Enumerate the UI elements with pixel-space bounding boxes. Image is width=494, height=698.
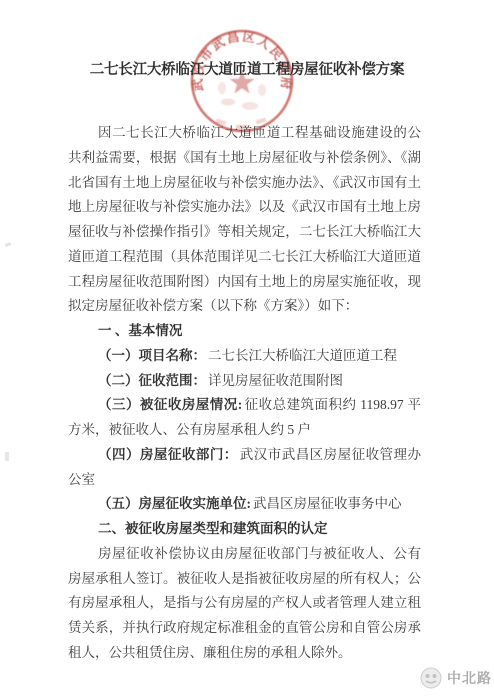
section-heading-basic-info: 一 、基本情况	[68, 319, 421, 344]
page-number: 1	[0, 644, 494, 654]
watermark: 中北路	[418, 665, 492, 691]
list-item-house-condition: （三）被征收房屋情况:征收总建筑面积约 1198.97 平方米，被征收人、公有房…	[68, 393, 421, 443]
scan-artifact	[5, 452, 9, 461]
list-item-expropriation-department: （四）房屋征收部门：武汉市武昌区房屋征收管理办公室	[68, 443, 421, 493]
document-page: 武汉市武昌区人民政府 二七长江大桥临江大道匝道工程房屋征收补偿方案 因二七长江大…	[0, 0, 494, 698]
list-item-expropriation-scope: （二）征收范围：详见房屋征收范围附图	[68, 369, 421, 394]
item-label: （二）征收范围：	[98, 373, 206, 388]
scan-artifact	[5, 242, 12, 247]
watermark-text: 中北路	[447, 668, 492, 688]
document-title: 二七长江大桥临江大道匝道工程房屋征收补偿方案	[0, 58, 494, 82]
list-item-implementation-unit: （五）房屋征收实施单位:武昌区房屋征收事务中心	[68, 492, 421, 517]
item-label: （四）房屋征收部门：	[98, 447, 238, 462]
item-label: （五）房屋征收实施单位:	[98, 496, 251, 511]
watermark-logo-icon	[418, 665, 444, 691]
item-value: 详见房屋征收范围附图	[208, 373, 343, 388]
list-item-project-name: （一）项目名称：二七长江大桥临江大道匝道工程	[68, 344, 421, 369]
section-heading-house-type: 二、被征收房屋类型和建筑面积的认定	[68, 517, 421, 542]
item-value: 武昌区房屋征收事务中心	[253, 496, 402, 511]
item-value: 二七长江大桥临江大道匝道工程	[208, 348, 397, 363]
item-label: （三）被征收房屋情况:	[98, 397, 242, 412]
item-label: （一）项目名称：	[98, 348, 206, 363]
document-body: 因二七长江大桥临江大道匝道工程基础设施建设的公共利益需要，根据《国有土地上房屋征…	[68, 121, 421, 666]
intro-paragraph: 因二七长江大桥临江大道匝道工程基础设施建设的公共利益需要，根据《国有土地上房屋征…	[68, 121, 421, 319]
